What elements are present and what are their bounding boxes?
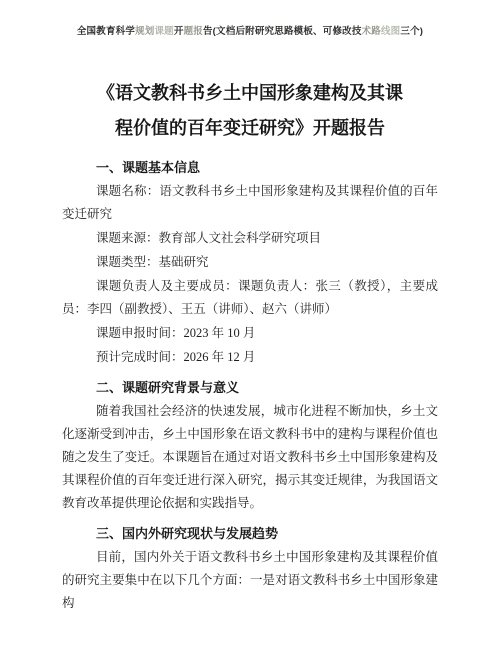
section-basic-info: 一、课题基本信息 课题名称：语文教科书乡土中国形象建构及其课程价值的百年变迁研究…: [62, 156, 438, 369]
header-segment: 题报: [184, 26, 203, 37]
section-research-status: 三、国内外研究现状与发展趋势 目前，国内外关于语文教科书乡土中国形象建构及其课程…: [62, 522, 438, 615]
section-heading-background: 二、课题研究背景与意义: [62, 376, 438, 399]
paragraph-finish-date: 预计完成时间：2026 年 12 月: [62, 346, 438, 369]
section-background: 二、课题研究背景与意义 随着我国社会经济的快速发展，城市化进程不断加快，乡土文化…: [62, 376, 438, 515]
paragraph-research-status: 目前，国内外关于语文教科书乡土中国形象建构及其课程价值的研究主要集中在以下几个方…: [62, 546, 438, 615]
header-segment: 全国教育科学: [77, 26, 135, 37]
header-segment: 开: [174, 26, 184, 37]
header-segment: 三个): [400, 26, 423, 37]
document-title-line-1: 《语文教科书乡土中国形象建构及其课: [62, 76, 438, 111]
paragraph-topic-type: 课题类型：基础研究: [62, 251, 438, 274]
section-heading-research-status: 三、国内外研究现状与发展趋势: [62, 522, 438, 545]
document-header: 全国教育科学规划课题开题报告(文档后附研究思路模板、可修改技术路线图三个): [32, 26, 468, 38]
header-segment: 课题: [154, 26, 173, 37]
paragraph-topic-source: 课题来源：教育部人文社会科学研究项目: [62, 227, 438, 250]
header-segment: 告(文档后附研究思路模板、可修改技: [203, 26, 362, 37]
section-heading-basic-info: 一、课题基本信息: [62, 156, 438, 179]
document-title-line-2: 程价值的百年变迁研究》开题报告: [62, 111, 438, 146]
document-title: 《语文教科书乡土中国形象建构及其课 程价值的百年变迁研究》开题报告: [62, 76, 438, 146]
paragraph-topic-name: 课题名称：语文教科书乡土中国形象建构及其课程价值的百年变迁研究: [62, 180, 438, 226]
document-page: 全国教育科学规划课题开题报告(文档后附研究思路模板、可修改技术路线图三个) 《语…: [0, 0, 500, 647]
header-segment: 线图: [381, 26, 400, 37]
paragraph-topic-members: 课题负责人及主要成员：课题负责人：张三（教授），主要成员：李四（副教授）、王五（…: [62, 275, 438, 321]
header-segment: 规划: [135, 26, 154, 37]
paragraph-apply-date: 课题申报时间：2023 年 10 月: [62, 322, 438, 345]
header-segment: 术路: [362, 26, 381, 37]
paragraph-background: 随着我国社会经济的快速发展，城市化进程不断加快，乡土文化逐渐受到冲击，乡土中国形…: [62, 400, 438, 515]
